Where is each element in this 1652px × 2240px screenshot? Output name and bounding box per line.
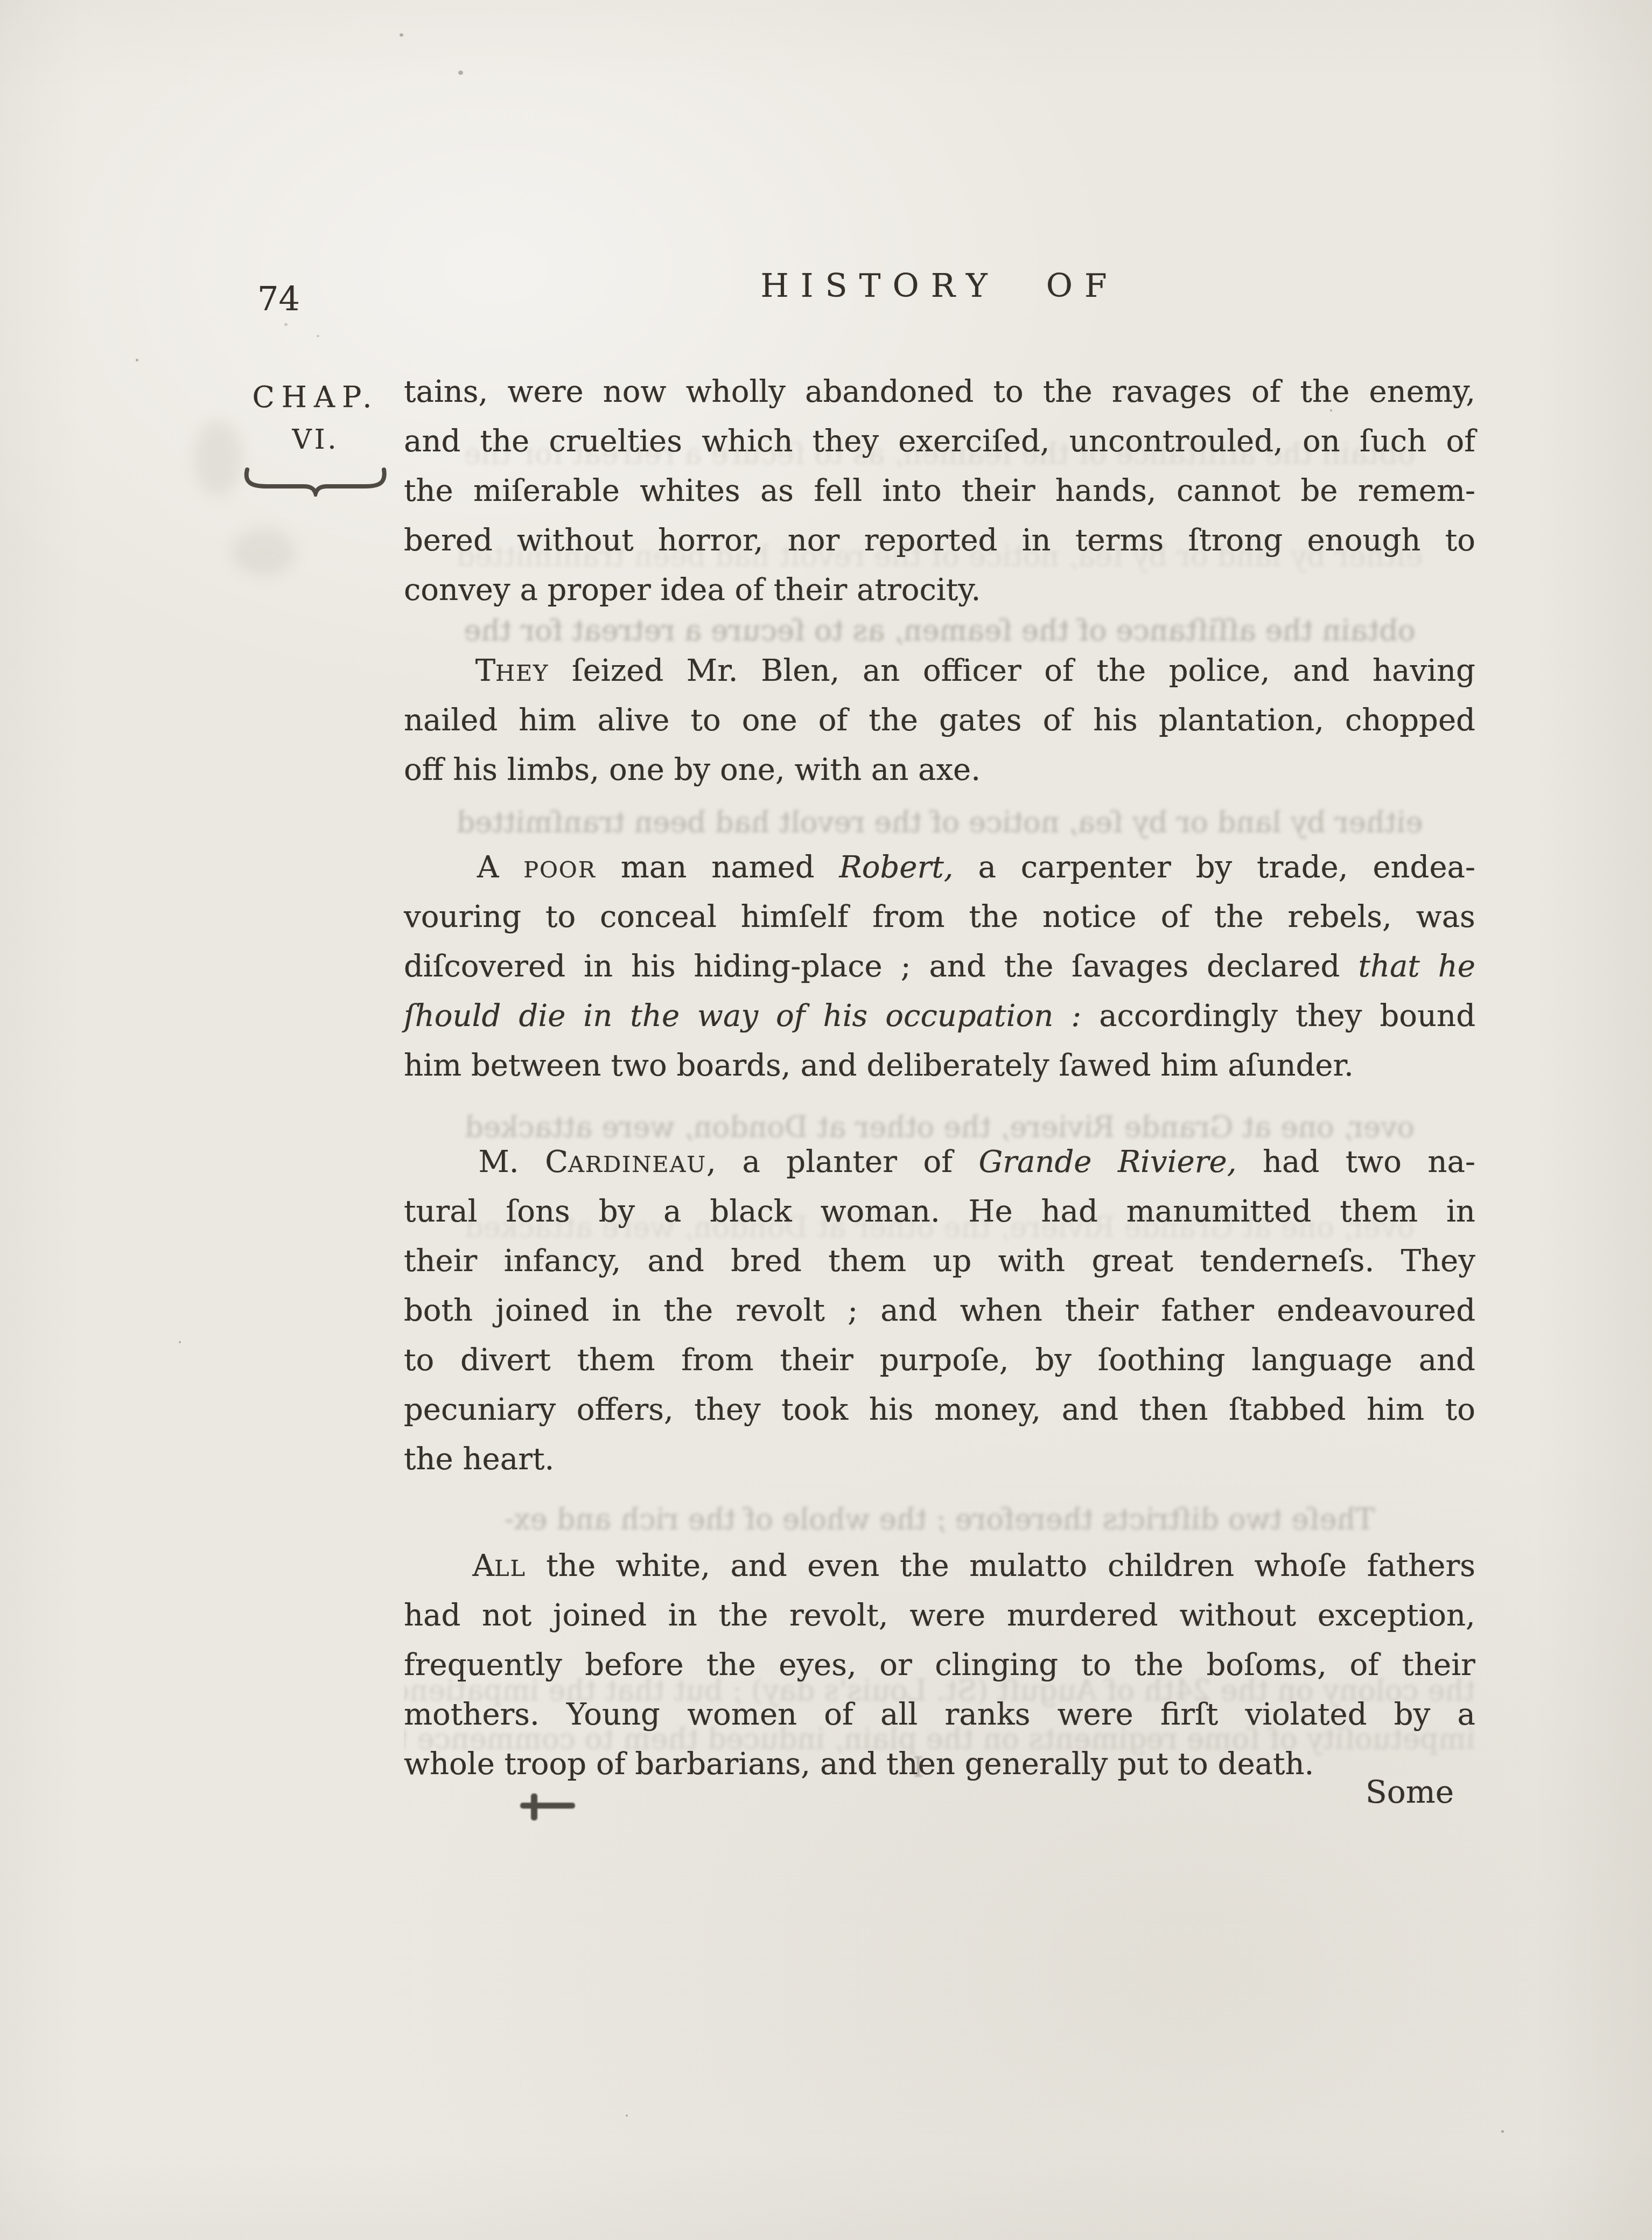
text-line: the heart. — [404, 1435, 1475, 1484]
text-line: tural ſons by a black woman. He had manu… — [404, 1187, 1475, 1237]
text-line: him between two boards, and deliberately… — [404, 1041, 1475, 1091]
paper-speck — [626, 2115, 628, 2117]
text-line: THEY ſeized Mr. Blen, an officer of the … — [404, 646, 1475, 696]
text-line: the miſerable whites as fell into their … — [404, 466, 1475, 516]
text-line: convey a proper idea of their atrocity. — [404, 566, 1475, 615]
text-line: to divert them from their purpoſe, by ſo… — [404, 1336, 1475, 1385]
printer-cross-mark — [520, 1794, 575, 1820]
paper-speck — [1330, 409, 1332, 411]
text-line: bered without horror, nor reported in te… — [404, 516, 1475, 566]
paper-speck — [458, 71, 463, 75]
text-column: tains, were now wholly abandoned to the … — [404, 0, 1475, 2240]
paragraph-2: THEY ſeized Mr. Blen, an officer of the … — [404, 646, 1475, 795]
paragraph-3: A POOR man named Robert, a carpenter by … — [404, 843, 1475, 1091]
chapter-brace-flourish — [243, 466, 388, 497]
signature-mark: I — [913, 1751, 924, 1784]
paper-speck — [317, 335, 319, 337]
text-line: and the cruelties which they exerciſed, … — [404, 417, 1475, 466]
text-line: both joined in the revolt ; and when the… — [404, 1286, 1475, 1336]
text-line: ALL the white, and even the mulatto chil… — [404, 1541, 1475, 1591]
paper-smudge — [194, 420, 242, 496]
text-line: diſcovered in his hiding-place ; and the… — [404, 942, 1475, 992]
paper-speck — [1110, 877, 1113, 880]
text-line: their infancy, and bred them up with gre… — [404, 1237, 1475, 1286]
page-number: 74 — [257, 280, 300, 318]
paper-speck — [136, 359, 138, 361]
text-line: A POOR man named Robert, a carpenter by … — [404, 843, 1475, 892]
paper-smudge — [232, 528, 296, 576]
text-line: tains, were now wholly abandoned to the … — [404, 367, 1475, 417]
book-page-scan: obtain the aſſiſtance of the ſeamen, as … — [0, 0, 1652, 2240]
text-line: pecuniary offers, they took his money, a… — [404, 1385, 1475, 1435]
paper-speck — [1501, 2130, 1504, 2133]
chapter-label: CHAP. — [235, 377, 396, 418]
text-line: mothers. Young women of all ranks were f… — [404, 1690, 1475, 1740]
chapter-marginal: CHAP. VI. — [235, 377, 396, 499]
text-line: had not joined in the revolt, were murde… — [404, 1591, 1475, 1641]
text-line: M. CARDINEAU, a planter of Grande Rivier… — [404, 1138, 1475, 1187]
paragraph-5: ALL the white, and even the mulatto chil… — [404, 1541, 1475, 1789]
catchword: Some — [1308, 1773, 1454, 1811]
printer-cross-horizontal-bar — [520, 1803, 575, 1809]
paragraph-4: M. CARDINEAU, a planter of Grande Rivier… — [404, 1138, 1475, 1484]
text-line: off his limbs, one by one, with an axe. — [404, 745, 1475, 795]
paper-speck — [179, 1341, 181, 1343]
text-line: ſhould die in the way of his occupation … — [404, 992, 1475, 1041]
chapter-number: VI. — [235, 418, 396, 461]
text-line: frequently before the eyes, or clinging … — [404, 1641, 1475, 1690]
paper-speck — [400, 33, 403, 37]
text-line: nailed him alive to one of the gates of … — [404, 696, 1475, 745]
paper-speck — [284, 323, 288, 326]
paragraph-1: tains, were now wholly abandoned to the … — [404, 367, 1475, 615]
printer-cross-vertical-bar — [531, 1794, 537, 1820]
text-line: vouring to conceal himſelf from the noti… — [404, 892, 1475, 942]
